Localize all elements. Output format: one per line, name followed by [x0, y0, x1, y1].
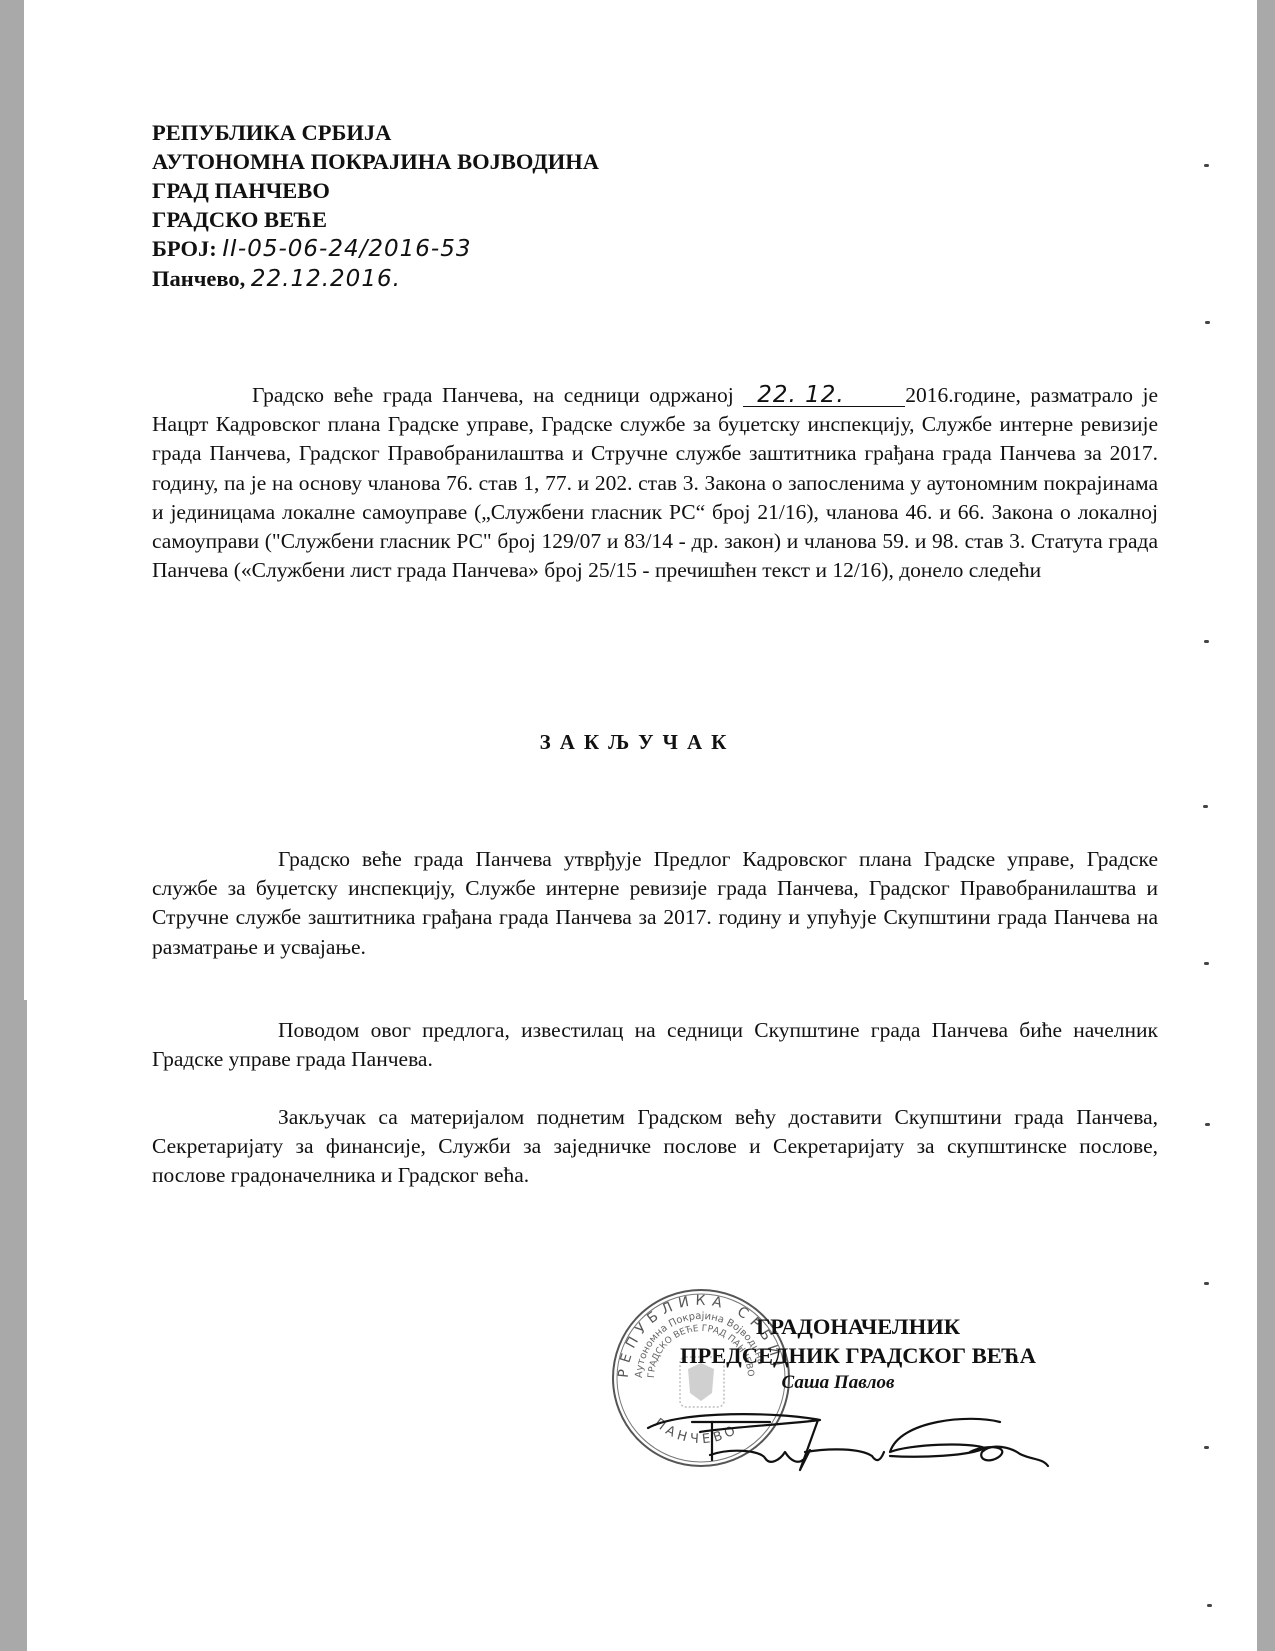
body-paragraph-2: Поводом овог предлога, известилац на сед… [152, 1016, 1158, 1074]
place-label: Панчево, [152, 266, 245, 291]
document-place-date: Панчево, 22.12.2016. [152, 264, 599, 294]
scan-border-left-lower [0, 1000, 27, 1651]
document-number-value: II-05-06-24/2016-53 [222, 236, 471, 262]
document-number-label: БРОЈ: [152, 236, 217, 261]
document-number: БРОЈ: II-05-06-24/2016-53 [152, 234, 599, 264]
signatory-title-mayor: ГРАДОНАЧЕЛНИК [643, 1312, 1073, 1341]
session-date-field: 22. 12. [743, 384, 905, 407]
scan-artifact [1204, 1282, 1209, 1285]
signatory-title-president: ПРЕДСЕДНИК ГРАДСКОГ ВЕЋА [643, 1341, 1073, 1370]
scan-artifact [1205, 1123, 1210, 1126]
letterhead-line-province: АУТОНОМНА ПОКРАЈИНА ВОЈВОДИНА [152, 147, 599, 176]
signature-block: ГРАДОНАЧЕЛНИК ПРЕДСЕДНИК ГРАДСКОГ ВЕЋА С… [643, 1312, 1073, 1396]
scan-artifact [1204, 1446, 1209, 1449]
preamble-paragraph: Градско веће града Панчева, на седници о… [152, 381, 1158, 585]
scan-artifact [1204, 164, 1209, 167]
scan-artifact [1203, 805, 1208, 808]
body-paragraph-3-text: Закључак са материјалом поднетим Градско… [152, 1105, 1158, 1187]
body-paragraph-2-text: Поводом овог предлога, известилац на сед… [152, 1018, 1158, 1071]
body-paragraph-1: Градско веће града Панчева утврђује Пред… [152, 845, 1158, 962]
scan-artifact [1205, 321, 1210, 324]
letterhead-line-country: РЕПУБЛИКА СРБИЈА [152, 118, 599, 147]
document-title: ЗАКЉУЧАК [0, 730, 1275, 755]
letterhead: РЕПУБЛИКА СРБИЈА АУТОНОМНА ПОКРАЈИНА ВОЈ… [152, 118, 599, 294]
handwritten-signature [640, 1400, 1060, 1480]
letterhead-line-council: ГРАДСКО ВЕЋЕ [152, 205, 599, 234]
scan-artifact [1207, 1604, 1212, 1607]
scan-artifact [1204, 962, 1209, 965]
preamble-text-rest: 2016.године, разматрало је Нацрт Кадровс… [152, 383, 1158, 582]
body-paragraph-3: Закључак са материјалом поднетим Градско… [152, 1103, 1158, 1191]
preamble-text-start: Градско веће града Панчева, на седници о… [252, 383, 734, 407]
body-paragraph-1-text: Градско веће града Панчева утврђује Пред… [152, 847, 1158, 959]
scan-border-right [1257, 0, 1275, 1651]
letterhead-line-city: ГРАД ПАНЧЕВО [152, 176, 599, 205]
scan-artifact [1204, 640, 1209, 643]
document-date: 22.12.2016. [251, 266, 401, 292]
signatory-name: Саша Павлов [603, 1370, 1073, 1396]
